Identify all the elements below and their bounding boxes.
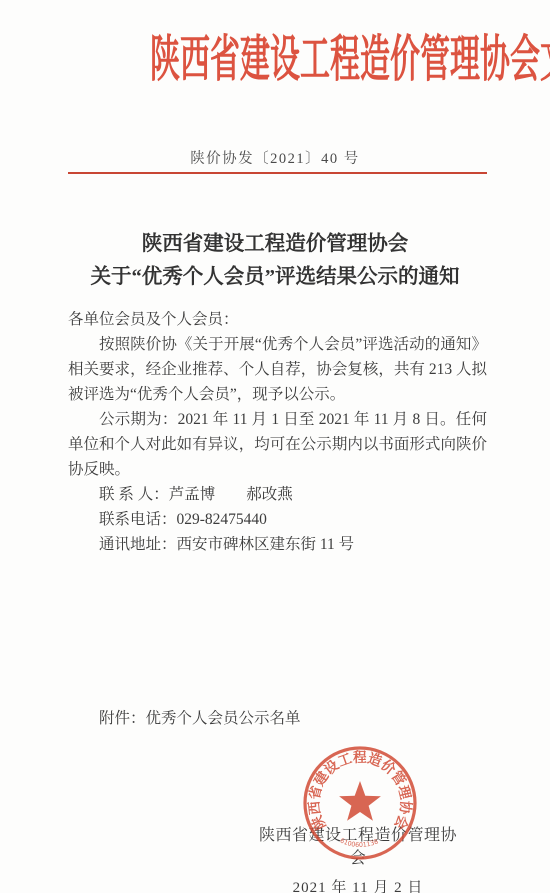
letterhead-title: 陕西省建设工程造价管理协会文件 bbox=[150, 30, 550, 88]
contact-person-line: 联 系 人：芦孟博 郝改燕 bbox=[68, 482, 487, 507]
seal-ring-text: 陕西省建设工程造价管理协会 bbox=[306, 749, 415, 833]
signature-date: 2021 年 11 月 2 日 bbox=[253, 876, 463, 893]
letterhead: 陕西省建设工程造价管理协会文件 bbox=[0, 30, 550, 88]
red-separator-line bbox=[68, 172, 487, 174]
contact-phone-line: 联系电话：029-82475440 bbox=[68, 507, 487, 532]
notice-title-line1: 陕西省建设工程造价管理协会 bbox=[0, 228, 550, 261]
doc-number: 陕价协发〔2021〕40 号 bbox=[0, 147, 550, 168]
salutation: 各单位会员及个人会员： bbox=[68, 307, 487, 332]
signature-org-name: 陕西省建设工程造价管理协会 bbox=[253, 822, 463, 868]
notice-body: 各单位会员及个人会员： 按照陕价协《关于开展“优秀个人会员”评选活动的通知》相关… bbox=[68, 307, 487, 557]
notice-title: 陕西省建设工程造价管理协会 关于“优秀个人会员”评选结果公示的通知 bbox=[0, 228, 550, 294]
attachment-line: 附件：优秀个人会员公示名单 bbox=[68, 706, 487, 728]
paragraph: 公示期为：2021 年 11 月 1 日至 2021 年 11 月 8 日。任何… bbox=[68, 407, 487, 482]
document-page: 陕西省建设工程造价管理协会文件 陕价协发〔2021〕40 号 陕西省建设工程造价… bbox=[0, 0, 550, 893]
paragraph: 按照陕价协《关于开展“优秀个人会员”评选活动的通知》相关要求，经企业推荐、个人自… bbox=[68, 332, 487, 407]
notice-title-line2: 关于“优秀个人会员”评选结果公示的通知 bbox=[0, 261, 550, 294]
seal-star-icon bbox=[339, 781, 381, 821]
contact-address-line: 通讯地址：西安市碑林区建东街 11 号 bbox=[68, 532, 487, 557]
signature-block: 陕西省建设工程造价管理协会 2021 年 11 月 2 日 bbox=[253, 822, 463, 893]
